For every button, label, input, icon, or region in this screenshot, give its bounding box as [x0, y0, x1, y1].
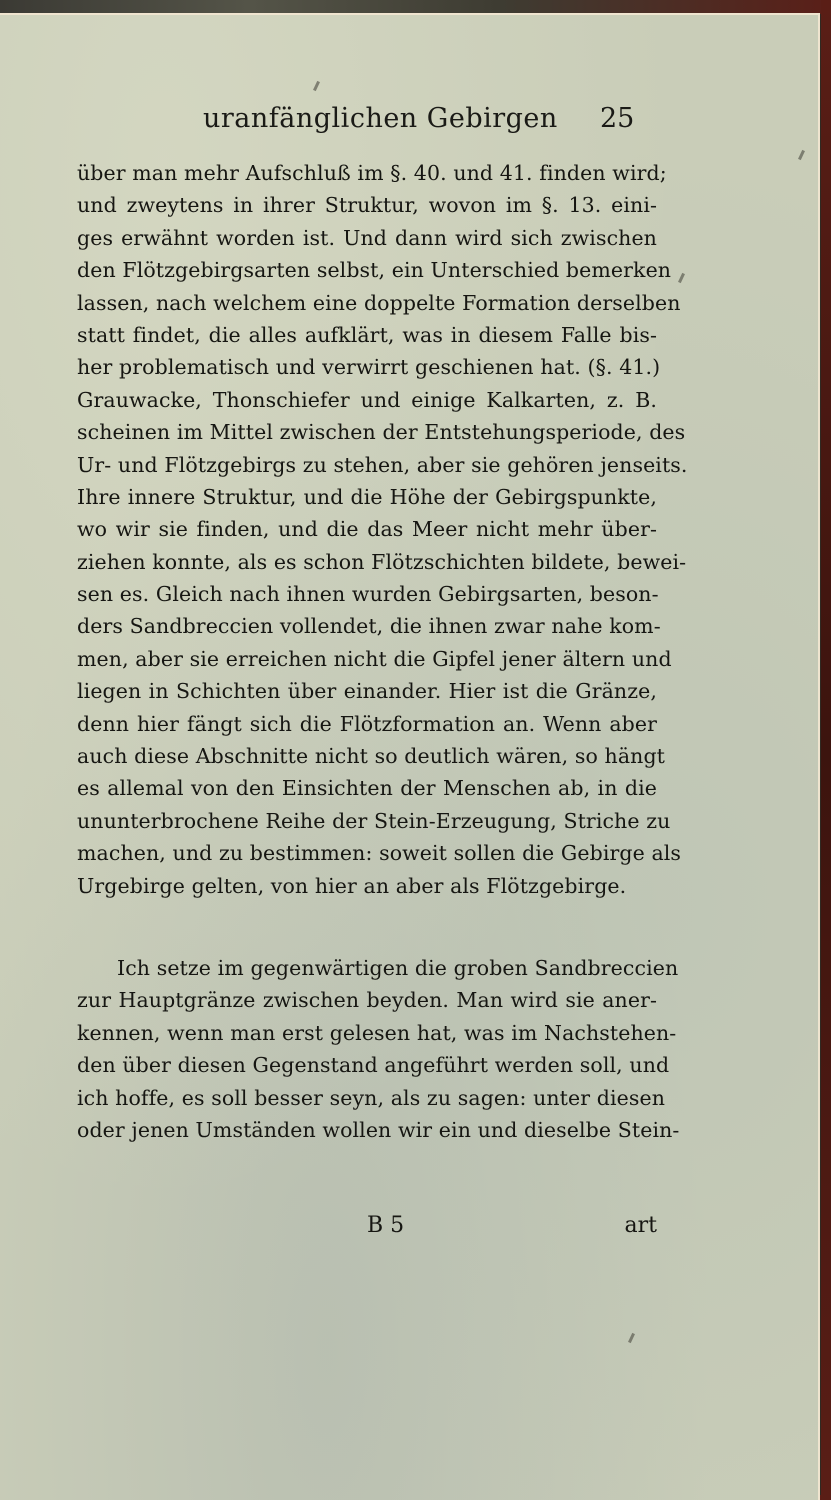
text-line: ich hoffe, es soll besser seyn, als zu s… [77, 1082, 657, 1114]
text-line-last: Urgebirge gelten, von hier an aber als F… [77, 870, 602, 902]
text-line: kennen, wenn man erst gelesen hat, was i… [77, 1017, 657, 1049]
text-line: liegen in Schichten über einander. Hier … [77, 675, 657, 707]
text-line: ununterbrochene Reihe der Stein-Erzeugun… [77, 805, 657, 837]
book-page: uranfänglichen Gebirgen 25 über man mehr… [0, 13, 820, 1500]
running-head: uranfänglichen Gebirgen 25 [0, 103, 820, 143]
text-line: den Flötzgebirgsarten selbst, ein Unters… [77, 254, 657, 286]
text-line: Ihre innere Struktur, und die Höhe der G… [77, 481, 657, 513]
catchword: art [625, 1213, 657, 1238]
text-line: Grauwacke, Thonschiefer und einige Kalka… [77, 384, 657, 416]
text-line: es allemal von den Einsichten der Mensch… [77, 772, 657, 804]
book-binding-edge [821, 0, 831, 1500]
paragraph-2: Ich setze im gegenwärtigen die groben Sa… [77, 952, 657, 1146]
paragraph-1: über man mehr Aufschluß im §. 40. und 41… [77, 157, 657, 902]
text-line: men, aber sie erreichen nicht die Gipfel… [77, 643, 657, 675]
text-line: und zweytens in ihrer Struktur, wovon im… [77, 189, 657, 221]
page-number: 25 [600, 103, 634, 134]
text-line: machen, und zu bestimmen: soweit sollen … [77, 837, 657, 869]
text-line: scheinen im Mittel zwischen der Entstehu… [77, 416, 657, 448]
paper-blemish [313, 81, 320, 91]
paper-blemish [678, 273, 685, 283]
text-line: über man mehr Aufschluß im §. 40. und 41… [77, 157, 657, 189]
text-line: denn hier fängt sich die Flötzformation … [77, 708, 657, 740]
text-line: wo wir sie finden, und die das Meer nich… [77, 513, 657, 545]
body-text: über man mehr Aufschluß im §. 40. und 41… [77, 157, 657, 1146]
text-line: sen es. Gleich nach ihnen wurden Gebirgs… [77, 578, 657, 610]
text-line: her problematisch und verwirrt geschiene… [77, 351, 657, 383]
text-line: ders Sandbreccien vollendet, die ihnen z… [77, 610, 657, 642]
paragraph-gap [77, 902, 657, 952]
text-line: auch diese Abschnitte nicht so deutlich … [77, 740, 657, 772]
text-line: lassen, nach welchem eine doppelte Forma… [77, 287, 657, 319]
text-line: ges erwähnt worden ist. Und dann wird si… [77, 222, 657, 254]
paper-blemish [628, 1333, 635, 1343]
signature-mark: B 5 [367, 1213, 404, 1238]
text-line: oder jenen Umständen wollen wir ein und … [77, 1114, 657, 1146]
page-footer: B 5 art [77, 1213, 657, 1247]
paper-blemish [798, 150, 805, 160]
running-head-title: uranfänglichen Gebirgen [203, 103, 558, 134]
text-line-indented: Ich setze im gegenwärtigen die groben Sa… [77, 952, 657, 984]
text-line: Ur- und Flötzgebirgs zu stehen, aber sie… [77, 449, 657, 481]
text-line: den über diesen Gegenstand angeführt wer… [77, 1049, 657, 1081]
text-line: statt findet, die alles aufklärt, was in… [77, 319, 657, 351]
book-top-edge [0, 0, 831, 14]
text-line: zur Hauptgränze zwischen beyden. Man wir… [77, 984, 657, 1016]
text-line: ziehen konnte, als es schon Flötzschicht… [77, 546, 657, 578]
